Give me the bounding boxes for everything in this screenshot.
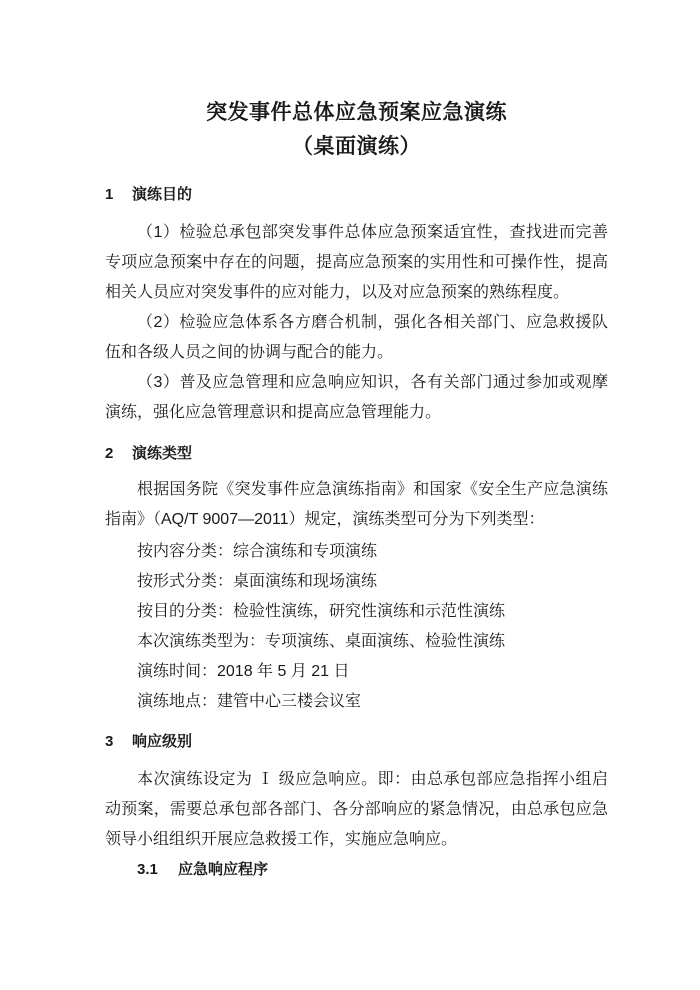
section-1-heading: 1演练目的 — [105, 184, 608, 206]
detail-line-drill-location: 演练地点：建管中心三楼会议室 — [105, 687, 608, 717]
section-3-paragraph-1: 本次演练设定为 Ⅰ 级应急响应。即：由总承包部应急指挥小组启动预案，需要总承包部… — [105, 765, 608, 855]
section-1-title: 演练目的 — [132, 186, 192, 203]
document-subtitle: （桌面演练） — [105, 130, 608, 164]
section-1-paragraph-1: （1）检验总承包部突发事件总体应急预案适宜性，查找进而完善专项应急预案中存在的问… — [105, 218, 608, 308]
document-title: 突发事件总体应急预案应急演练 — [105, 96, 608, 130]
detail-line-purpose-classification: 按目的分类：检验性演练，研究性演练和示范性演练 — [105, 597, 608, 627]
detail-line-content-classification: 按内容分类：综合演练和专项演练 — [105, 537, 608, 567]
section-2-heading: 2演练类型 — [105, 443, 608, 465]
drill-type-detail-list: 按内容分类：综合演练和专项演练 按形式分类：桌面演练和现场演练 按目的分类：检验… — [105, 537, 608, 717]
detail-line-form-classification: 按形式分类：桌面演练和现场演练 — [105, 567, 608, 597]
document-page: 突发事件总体应急预案应急演练 （桌面演练） 1演练目的 （1）检验总承包部突发事… — [0, 0, 700, 990]
section-3-title: 响应级别 — [132, 733, 192, 750]
detail-line-current-drill-type: 本次演练类型为：专项演练、桌面演练、检验性演练 — [105, 627, 608, 657]
section-1-paragraph-2: （2）检验应急体系各方磨合机制，强化各相关部门、应急救援队伍和各级人员之间的协调… — [105, 308, 608, 368]
section-2-number: 2 — [105, 443, 132, 465]
detail-line-drill-time: 演练时间：2018 年 5 月 21 日 — [105, 657, 608, 687]
subsection-3-1-heading: 3.1应急响应程序 — [105, 859, 608, 881]
section-2-paragraph-1: 根据国务院《突发事件应急演练指南》和国家《安全生产应急演练指南》（AQ/T 90… — [105, 475, 608, 535]
section-3-number: 3 — [105, 731, 132, 753]
section-1-paragraph-3: （3）普及应急管理和应急响应知识，各有关部门通过参加或观摩演练，强化应急管理意识… — [105, 368, 608, 428]
subsection-3-1-number: 3.1 — [137, 859, 178, 881]
section-2-title: 演练类型 — [132, 445, 192, 462]
subsection-3-1-title: 应急响应程序 — [178, 861, 268, 878]
section-3-heading: 3响应级别 — [105, 731, 608, 753]
section-1-number: 1 — [105, 184, 132, 206]
